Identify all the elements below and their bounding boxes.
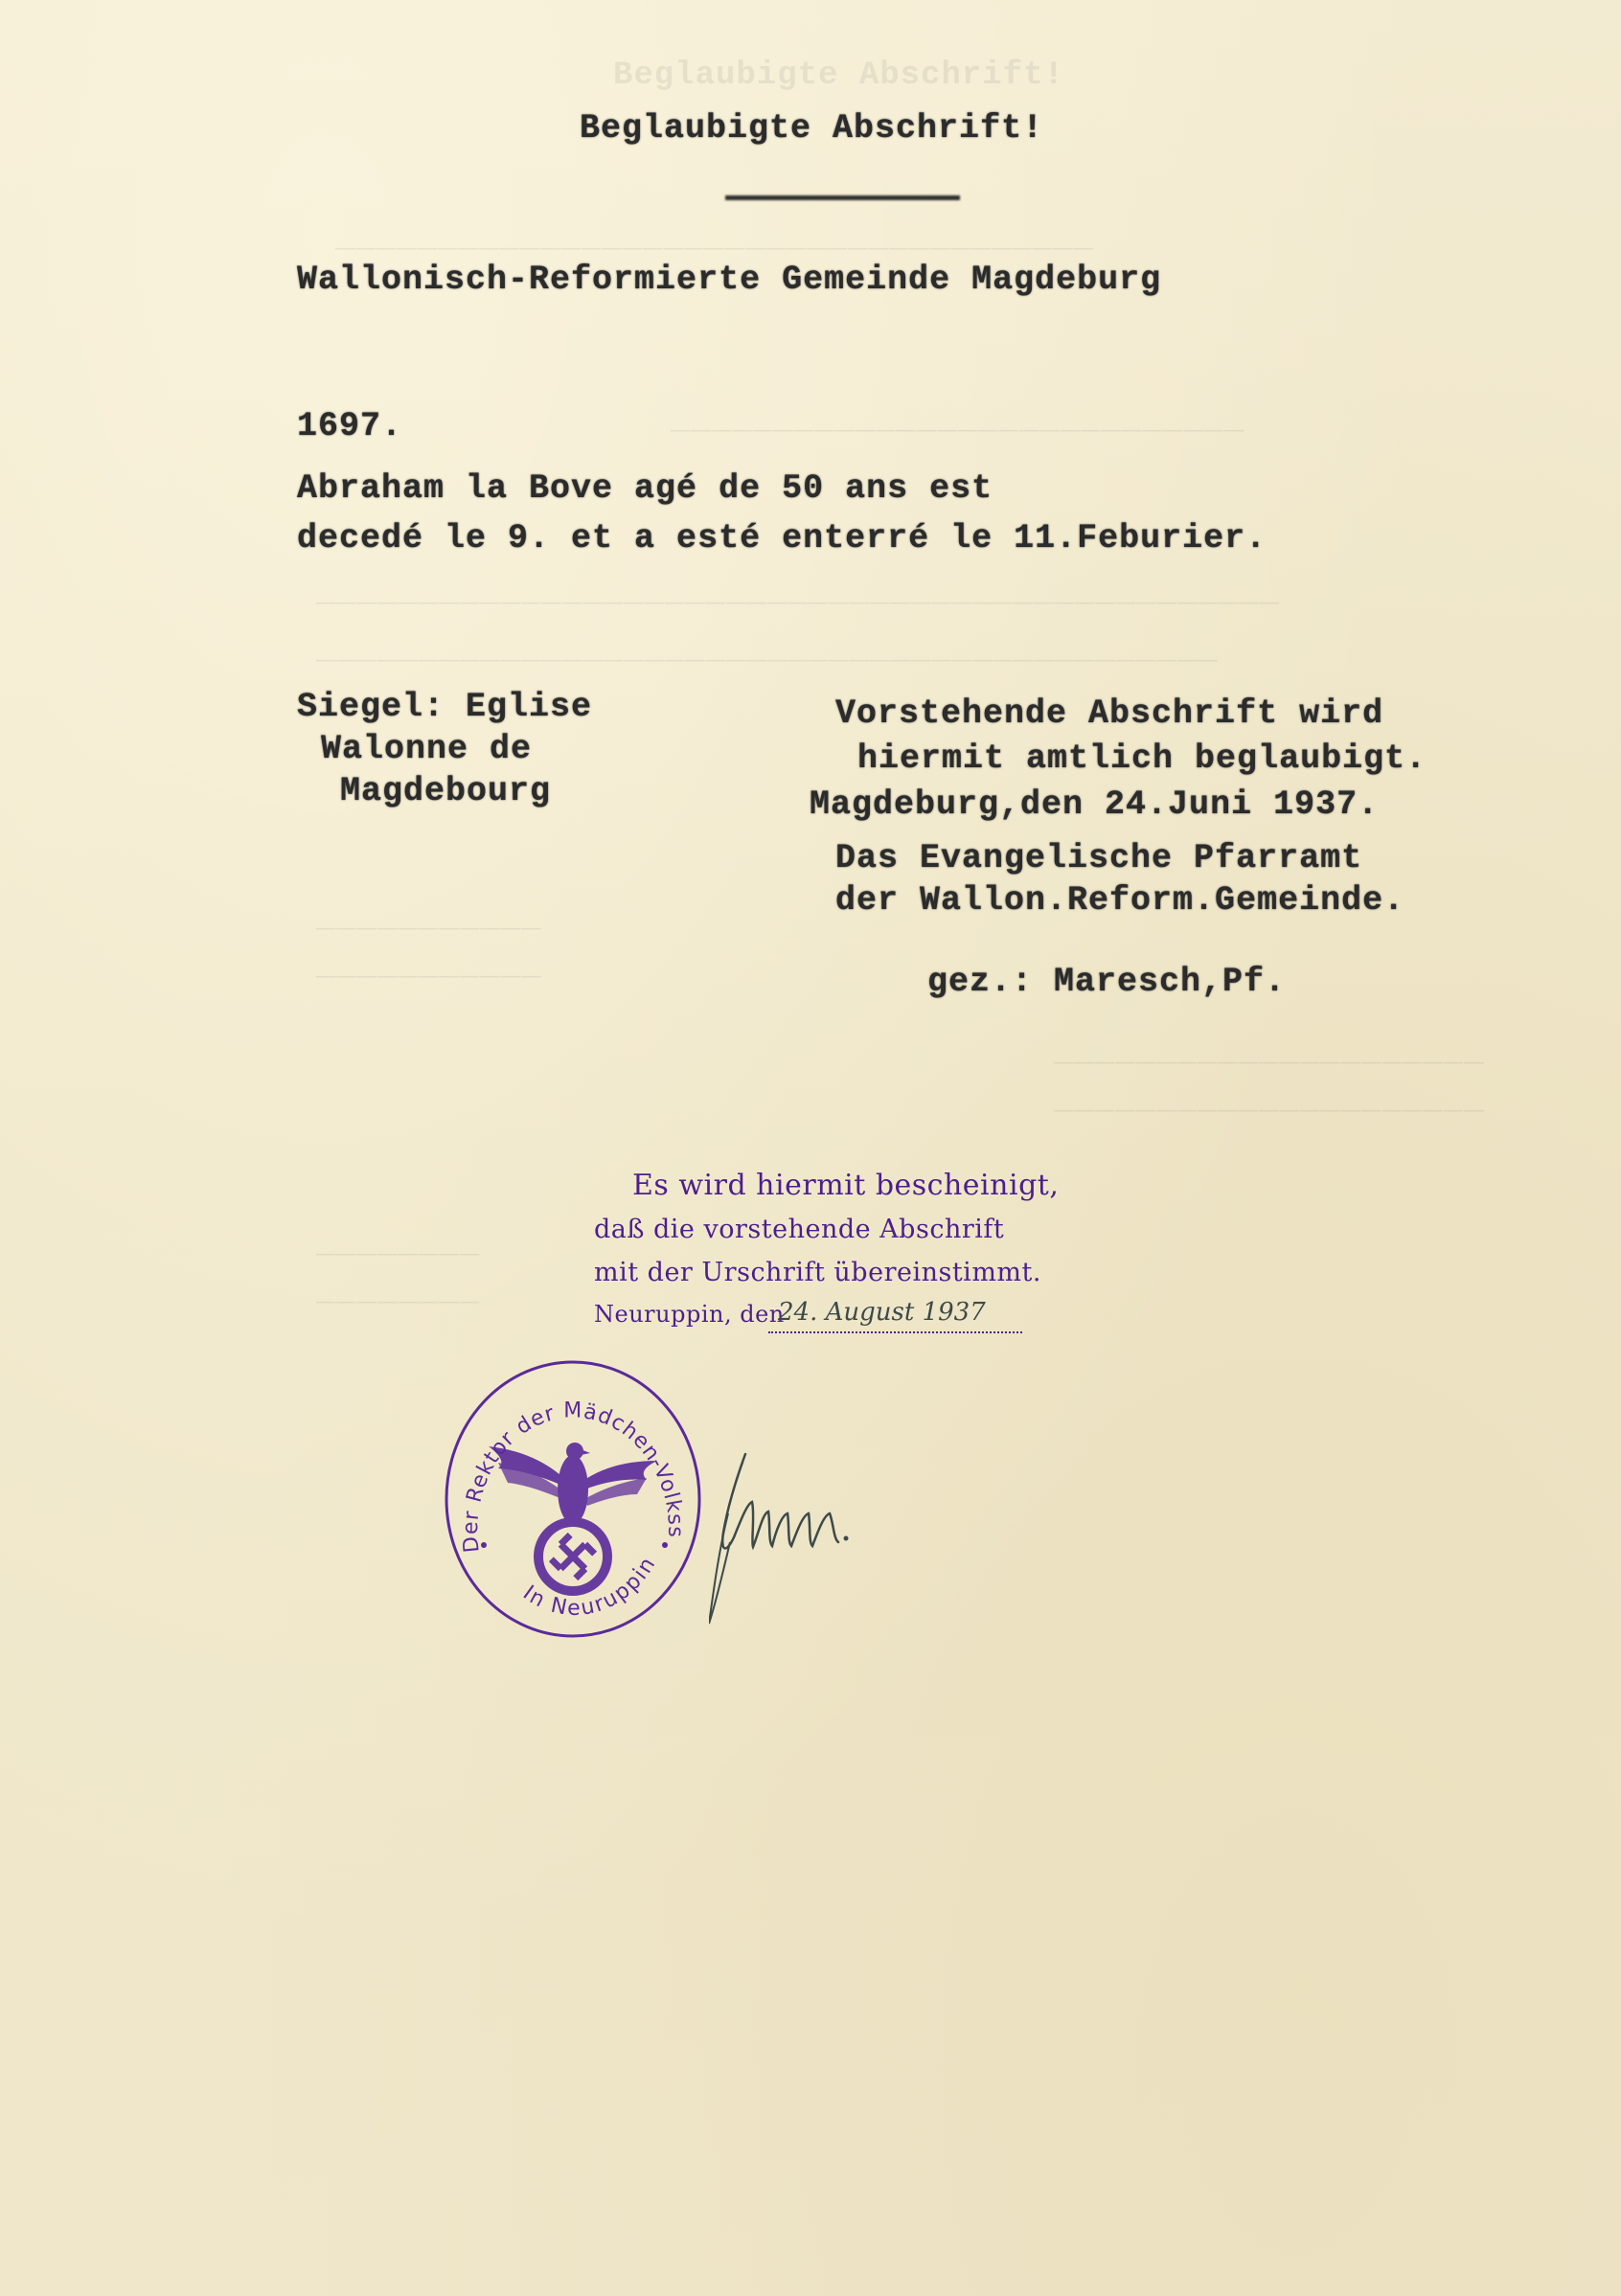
- attestation-line-2: daß die vorstehende Abschrift: [594, 1215, 1004, 1244]
- bleed-through-text: ____________________________: [671, 402, 1244, 439]
- bleed-through-text: _____________________: [1054, 1034, 1484, 1071]
- bleed-through-text: ________________________________________…: [316, 632, 1219, 669]
- official-seal-svg: Der Rektor der Mädchen-Volksschule In Ne…: [441, 1355, 704, 1643]
- certification-line-5: der Wallon.Reform.Gemeinde.: [835, 881, 1404, 920]
- paper-background: [0, 0, 1621, 2296]
- bleed-through-text: _____________________________________: [335, 220, 1094, 257]
- attestation-line-1: Es wird hiermit bescheinigt,: [632, 1169, 1059, 1202]
- bleed-through-text: ___________: [316, 900, 541, 937]
- entry-year: 1697.: [297, 407, 402, 445]
- seal-line-2: Walonne de: [321, 730, 532, 768]
- signature-text: Hennen: [719, 1632, 722, 1634]
- entry-line-2: decedé le 9. et a esté enterré le 11.Feb…: [297, 519, 1267, 557]
- signature-svg: Hennen: [709, 1446, 1044, 1638]
- certification-line-2: hiermit amtlich beglaubigt.: [857, 739, 1427, 778]
- official-seal: Der Rektor der Mädchen-Volksschule In Ne…: [441, 1355, 704, 1643]
- attestation-place: Neuruppin, den: [594, 1301, 785, 1328]
- seal-line-1: Siegel: Eglise: [297, 688, 592, 726]
- handwritten-date: 24. August 1937: [778, 1298, 986, 1327]
- bleed-through-text: ________________________________________…: [316, 575, 1280, 611]
- bleed-through-text: ___________: [316, 948, 541, 985]
- heading-underline: [725, 195, 960, 200]
- date-dotted-line: [768, 1331, 1022, 1333]
- bleed-through-text: ________: [316, 1226, 480, 1262]
- certification-line-3: Magdeburg,den 24.Juni 1937.: [810, 785, 1379, 824]
- signature: Hennen: [709, 1446, 1044, 1638]
- bleed-through-text: Beglaubigte Abschrift!: [613, 57, 1064, 94]
- bleed-through-text: ________: [316, 1274, 480, 1310]
- entry-line-1: Abraham la Bove agé de 50 ans est: [297, 469, 993, 508]
- document-heading: Beglaubigte Abschrift!: [580, 109, 1043, 148]
- certification-line-1: Vorstehende Abschrift wird: [835, 694, 1383, 733]
- congregation-name: Wallonisch-Reformierte Gemeinde Magdebur…: [297, 261, 1161, 299]
- attestation-line-3: mit der Urschrift übereinstimmt.: [594, 1258, 1041, 1287]
- certification-signed: gez.: Maresch,Pf.: [927, 963, 1286, 1001]
- certification-line-4: Das Evangelische Pfarramt: [835, 839, 1362, 877]
- seal-line-3: Magdebourg: [340, 772, 551, 810]
- bleed-through-text: _____________________: [1054, 1082, 1484, 1119]
